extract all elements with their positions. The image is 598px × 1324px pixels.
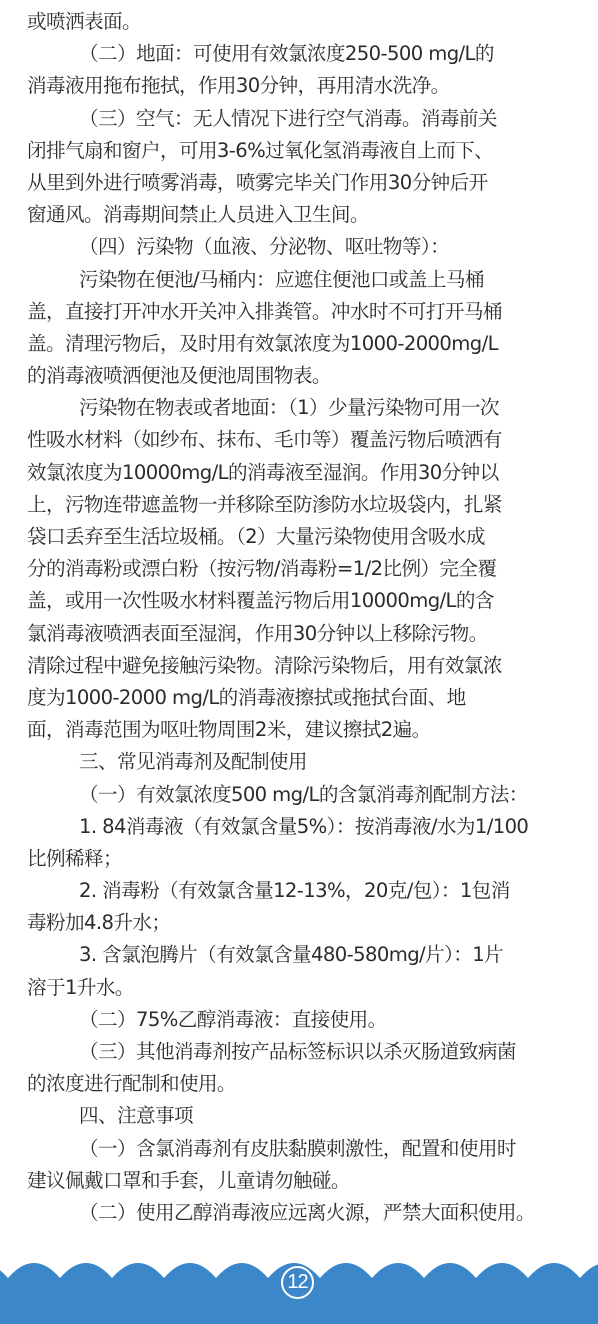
text-line: 盖，或用一次性吸水材料覆盖污物后用10000mg/L的含 [27, 585, 567, 617]
text-line: 袋口丢弃至生活垃圾桶。（2）大量污染物使用含吸水成 [27, 521, 567, 553]
text-line: 盖。清理污物后，及时用有效氯浓度为1000-2000mg/L [27, 328, 567, 360]
text-line: 污染物在便池/马桶内：应遮住便池口或盖上马桶 [27, 264, 567, 296]
text-line: 3. 含氯泡腾片（有效氯含量480-580mg/片）：1片 [27, 939, 567, 971]
text-line: 2. 消毒粉（有效氯含量12-13%，20克/包）：1包消 [27, 875, 567, 907]
text-line: 或喷洒表面。 [27, 6, 567, 38]
text-line: 度为1000-2000 mg/L的消毒液擦拭或拖拭台面、地 [27, 682, 567, 714]
text-line: 效氯浓度为10000mg/L的消毒液至湿润。作用30分钟以 [27, 457, 567, 489]
text-line: 盖，直接打开冲水开关冲入排粪管。冲水时不可打开马桶 [27, 296, 567, 328]
text-line: 性吸水材料（如纱布、抹布、毛巾等）覆盖污物后喷洒有 [27, 424, 567, 456]
text-line: 消毒液用拖布拖拭，作用30分钟，再用清水洗净。 [27, 70, 567, 102]
text-line: 面，消毒范围为呕吐物周围2米，建议擦拭2遍。 [27, 714, 567, 746]
section-heading: 三、常见消毒剂及配制使用 [27, 746, 567, 778]
text-line: 1. 84消毒液（有效氯含量5%）：按消毒液/水为1/100 [27, 811, 567, 843]
text-line: 上，污物连带遮盖物一并移除至防渗防水垃圾袋内，扎紧 [27, 489, 567, 521]
text-line: 比例稀释； [27, 843, 567, 875]
document-body: 或喷洒表面。 （二）地面：可使用有效氯浓度250-500 mg/L的 消毒液用拖… [27, 6, 567, 1229]
text-line: （二）75%乙醇消毒液：直接使用。 [27, 1004, 567, 1036]
text-line: （一）含氯消毒剂有皮肤黏膜刺激性，配置和使用时 [27, 1133, 567, 1165]
text-line: 毒粉加4.8升水； [27, 907, 567, 939]
text-line: 氯消毒液喷洒表面至湿润，作用30分钟以上移除污物。 [27, 618, 567, 650]
text-line: （二）地面：可使用有效氯浓度250-500 mg/L的 [27, 38, 567, 70]
text-line: 溶于1升水。 [27, 972, 567, 1004]
text-line: 的消毒液喷洒便池及便池周围物表。 [27, 360, 567, 392]
text-line: （二）使用乙醇消毒液应远离火源，严禁大面积使用。 [27, 1197, 567, 1229]
text-line: 污染物在物表或者地面：（1）少量污染物可用一次 [27, 392, 567, 424]
page-number-badge: 12 [281, 1266, 314, 1299]
section-heading: 四、注意事项 [27, 1100, 567, 1132]
text-line: （三）其他消毒剂按产品标签标识以杀灭肠道致病菌 [27, 1036, 567, 1068]
text-line: 清除过程中避免接触污染物。清除污染物后，用有效氯浓 [27, 650, 567, 682]
text-line: 分的消毒粉或漂白粉（按污物/消毒粉=1/2比例）完全覆 [27, 553, 567, 585]
text-line: （四）污染物（血液、分泌物、呕吐物等）： [27, 231, 567, 263]
text-line: （一）有效氯浓度500 mg/L的含氯消毒剂配制方法： [27, 779, 567, 811]
text-line: 建议佩戴口罩和手套，儿童请勿触碰。 [27, 1165, 567, 1197]
text-line: （三）空气：无人情况下进行空气消毒。消毒前关 [27, 103, 567, 135]
text-line: 的浓度进行配制和使用。 [27, 1068, 567, 1100]
text-line: 闭排气扇和窗户，可用3-6%过氧化氢消毒液自上而下、 [27, 135, 567, 167]
text-line: 窗通风。消毒期间禁止人员进入卫生间。 [27, 199, 567, 231]
text-line: 从里到外进行喷雾消毒，喷雾完毕关门作用30分钟后开 [27, 167, 567, 199]
